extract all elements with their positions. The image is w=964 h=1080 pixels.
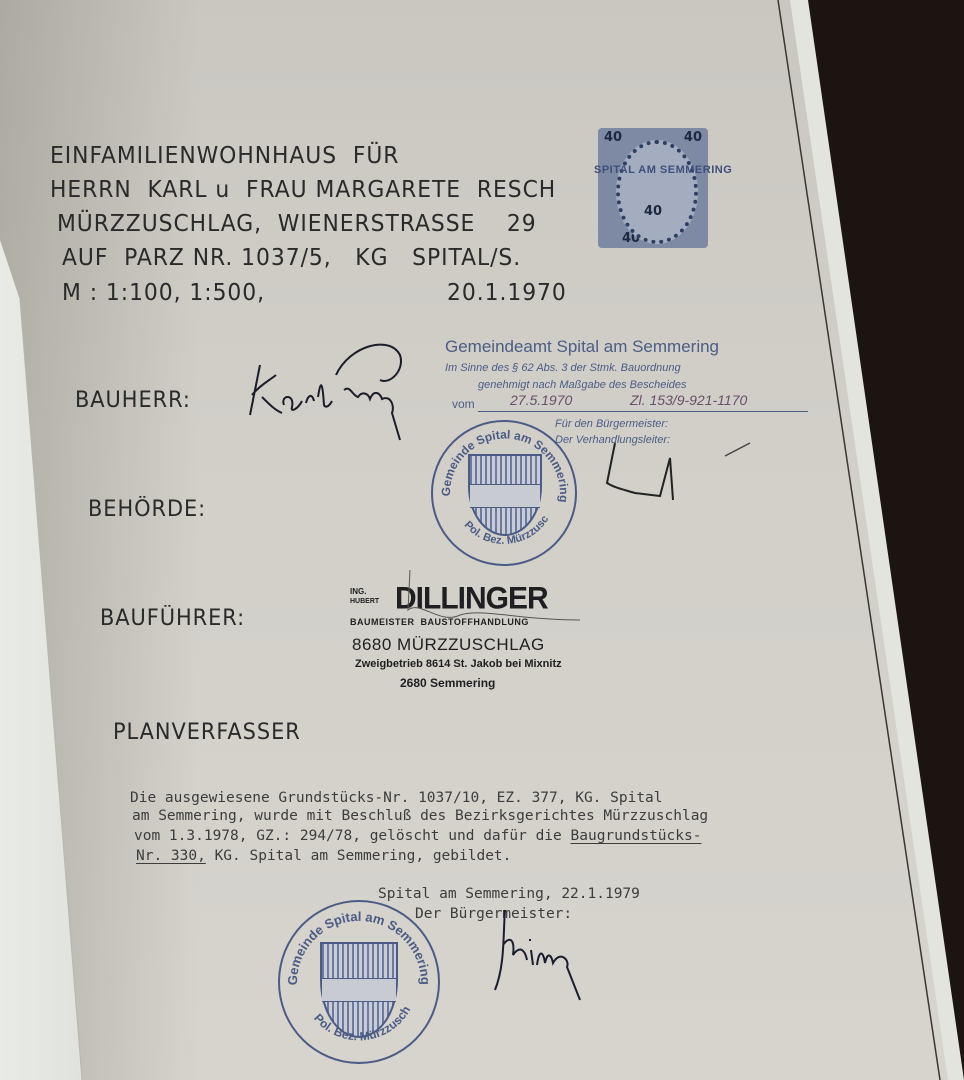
typed-line-1: Die ausgewiesene Grundstücks-Nr. 1037/10… xyxy=(130,790,663,806)
revenue-stamp: 40 40 40 40 xyxy=(598,128,708,248)
typed-line-2: am Semmering, wurde mit Beschluß des Bez… xyxy=(132,808,708,824)
stamp-value-tr: 40 xyxy=(684,130,702,145)
label-planverfasser: PLANVERFASSER xyxy=(113,720,301,745)
contractor-branch-2: 2680 Semmering xyxy=(400,676,495,690)
underlined-nr-330: Nr. 330, xyxy=(136,848,206,864)
svg-text:Gemeinde Spital am Semmering: Gemeinde Spital am Semmering xyxy=(285,909,433,986)
approval-ref: Zl. 153/9-921-1170 xyxy=(630,392,747,408)
title-line-4: AUF PARZ NR. 1037/5, KG SPITAL/S. xyxy=(62,245,521,271)
signature-mayor-icon xyxy=(485,905,595,1005)
title-line-3: MÜRZZUSCHLAG, WIENERSTRASSE 29 xyxy=(57,211,537,237)
seal-ring-text: Gemeinde Spital am Semmering Pol. Bez. M… xyxy=(280,902,438,1062)
contractor-prefix-top: ING. xyxy=(350,587,366,596)
title-line-5: M : 1:100, 1:500, xyxy=(62,280,265,306)
stamp-value-tl: 40 xyxy=(604,130,622,145)
typed-place-date: Spital am Semmering, 22.1.1979 xyxy=(378,886,640,902)
seal-ring-text: Gemeinde Spital am Semmering Pol. Bez. M… xyxy=(433,422,575,564)
municipal-seal-upper: Gemeinde Spital am Semmering Pol. Bez. M… xyxy=(431,420,577,566)
approval-office: Gemeindeamt Spital am Semmering xyxy=(445,337,719,357)
signature-official-icon xyxy=(595,438,755,503)
approval-date: 27.5.1970 xyxy=(510,392,572,408)
signature-bauherr-icon xyxy=(240,335,420,445)
svg-text:Gemeinde Spital am Semmering: Gemeinde Spital am Semmering xyxy=(439,427,571,503)
underlined-baugrundstuecks: Baugrundstücks- xyxy=(571,828,702,844)
approval-underline xyxy=(478,411,808,412)
label-behoerde: BEHÖRDE: xyxy=(88,497,206,522)
stamp-value-center: 40 xyxy=(644,204,662,219)
title-line-2: HERRN KARL u FRAU MARGARETE RESCH xyxy=(50,177,556,203)
typed-line-4: Nr. 330, KG. Spital am Semmering, gebild… xyxy=(136,848,511,864)
typed-line-3: vom 1.3.1978, GZ.: 294/78, gelöscht und … xyxy=(134,828,701,844)
contractor-prefix-bottom: HUBERT xyxy=(350,598,379,605)
title-line-1: EINFAMILIENWOHNHAUS FÜR xyxy=(50,143,399,169)
stamp-overprint: SPITAL AM SEMMERING xyxy=(594,164,732,176)
contractor-branch: Zweigbetrieb 8614 St. Jakob bei Mixnitz xyxy=(355,658,562,670)
label-bauherr: BAUHERR: xyxy=(75,388,191,413)
approval-vom-label: vom xyxy=(452,397,475,411)
approval-line-1: Im Sinne des § 62 Abs. 3 der Stmk. Bauor… xyxy=(445,362,681,374)
contractor-signature-icon xyxy=(380,570,600,640)
stamp-oval: 40 xyxy=(616,140,698,244)
label-baufuehrer: BAUFÜHRER: xyxy=(100,606,245,631)
title-date: 20.1.1970 xyxy=(447,280,567,306)
approval-line-2: genehmigt nach Maßgabe des Bescheides xyxy=(478,379,687,391)
municipal-seal-lower: Gemeinde Spital am Semmering Pol. Bez. M… xyxy=(278,900,440,1064)
